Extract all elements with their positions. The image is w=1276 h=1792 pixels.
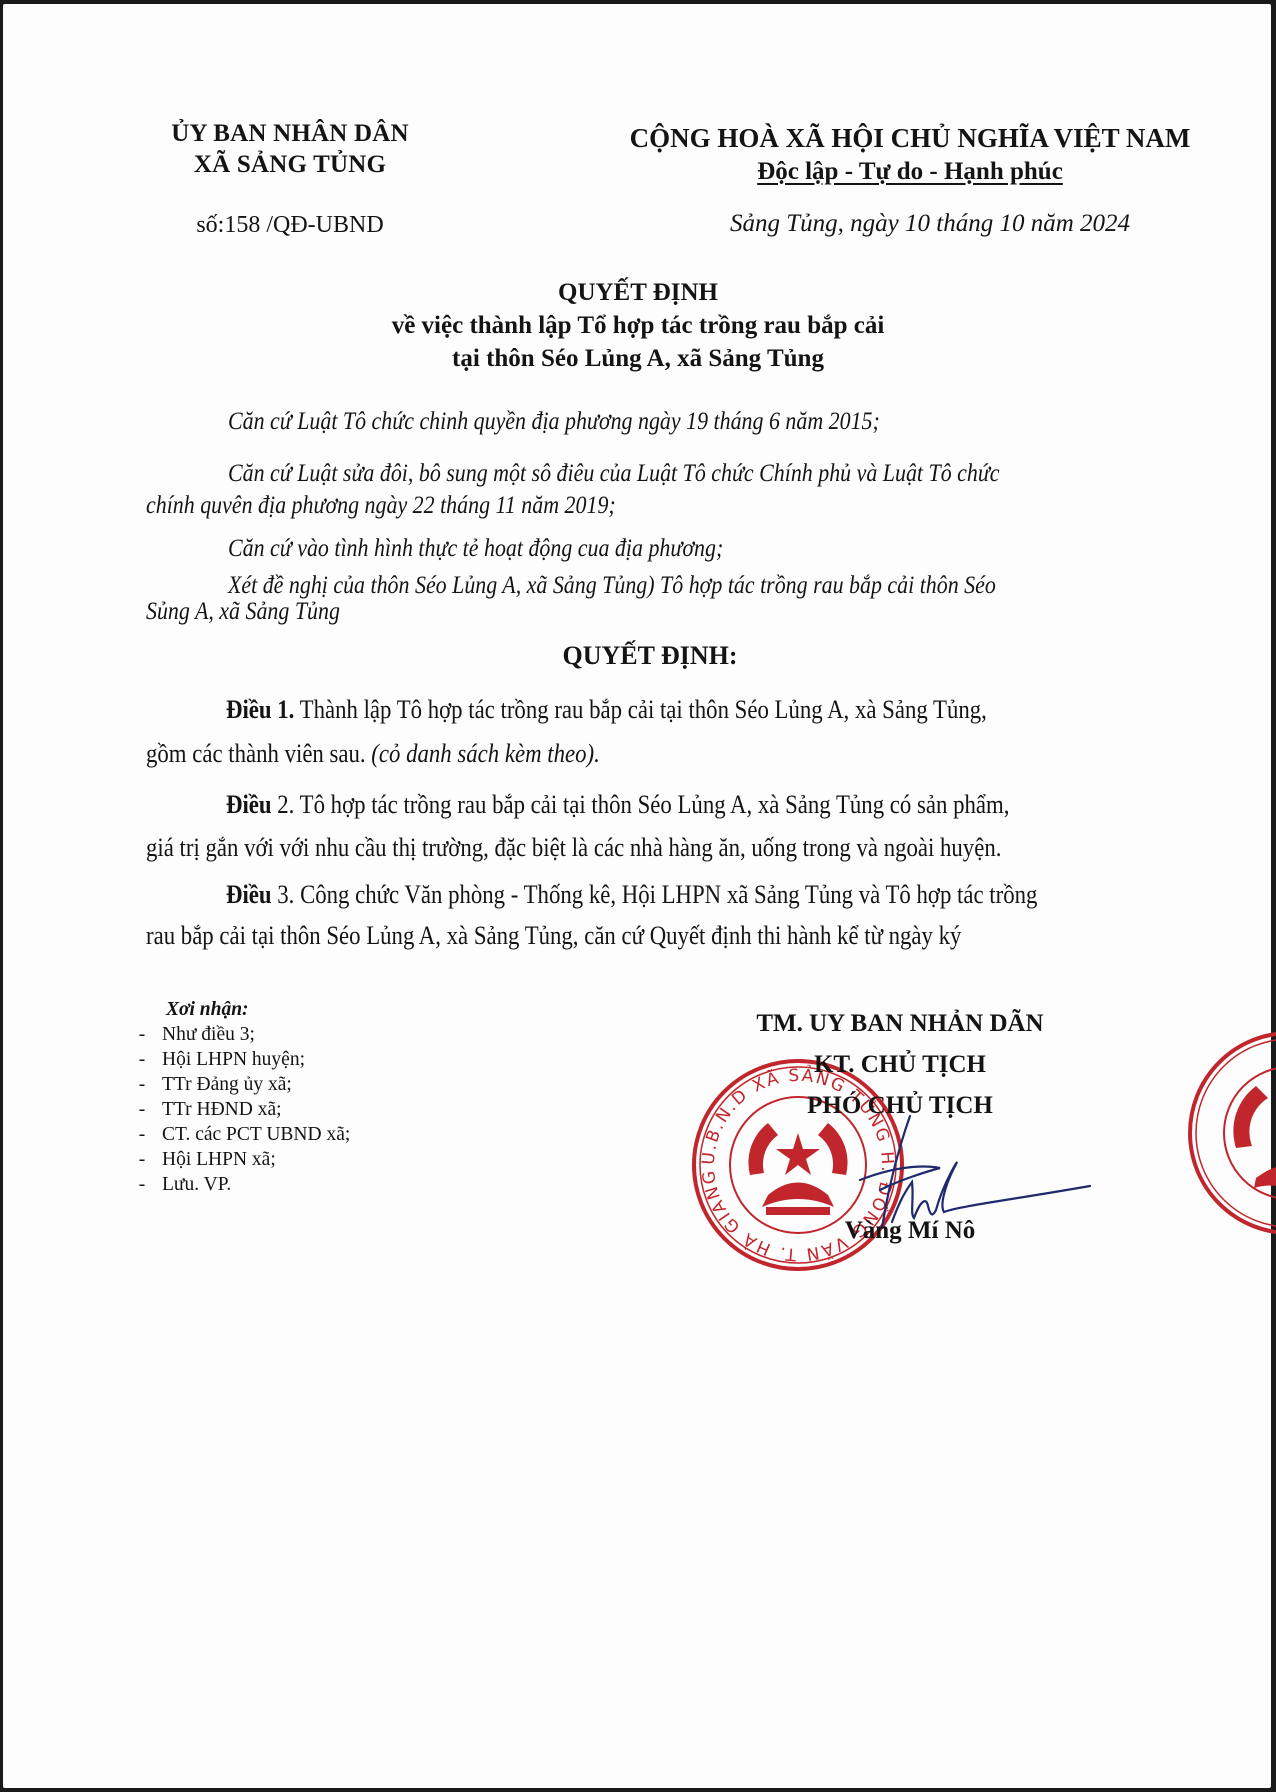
preamble-line: Sủng A, xã Sảng Tủng [146,594,340,627]
bullet-dash: - [136,1022,148,1047]
recipient-item: -Như điều 3; [140,1022,350,1047]
article-1-line1: Điều 1. Thành lập Tô hợp tác trồng rau b… [226,689,987,729]
recipients-title: Xơi nhận: [140,997,350,1022]
decision-heading: QUYẾT ĐỊNH: [500,641,800,671]
article-label: Điều [226,789,272,819]
signature-block: TM. UY BAN NHẢN DÃN KT. CHỦ TỊCH PHÓ CHỦ… [720,1003,1080,1126]
signature-line2: KT. CHỦ TỊCH [720,1044,1080,1085]
preamble-line: Căn cứ Luật sửa đôi, bô sung một sô điêu… [228,456,1000,489]
recipient-text: TTr Đảng ủy xã; [162,1074,292,1095]
issuing-organization: ỦY BAN NHÂN DÂN XÃ SẢNG TỦNG [140,118,440,180]
nation-name: CỘNG HOÀ XÃ HỘI CHỦ NGHĨA VIỆT NAM [580,122,1240,155]
bullet-dash: - [136,1072,148,1097]
bullet-dash: - [136,1147,148,1172]
org-name-line2: XÃ SẢNG TỦNG [140,149,440,180]
preamble-line: chính quvên địa phương ngày 22 tháng 11 … [146,488,616,521]
recipient-text: CT. các PCT UBND xã; [162,1124,350,1145]
document-number: số:158 /QĐ-UBND [140,212,440,239]
recipient-item: -TTr HĐND xã; [140,1097,350,1122]
signature-line1: TM. UY BAN NHẢN DÃN [720,1003,1080,1044]
preamble-line: Căn cứ vào tình hình thực tẻ hoạt động c… [228,531,723,564]
document-title: QUYẾT ĐỊNH về việc thành lập Tổ hợp tác … [240,276,1036,375]
recipient-item: -Hội LHPN huyện; [140,1047,350,1072]
bullet-dash: - [136,1172,148,1197]
article-label: Điều [226,879,272,909]
recipient-item: -TTr Đảng ủy xã; [140,1072,350,1097]
recipient-item: -CT. các PCT UBND xã; [140,1122,350,1147]
title-line2: về việc thành lập Tổ hợp tác trồng rau b… [240,309,1036,342]
signer-name: Vàng Mí Nô [780,1217,1040,1245]
bullet-dash: - [136,1097,148,1122]
article-3-line2: rau bắp cải tại thôn Séo Lủng A, xà Sảng… [146,915,961,955]
recipient-item: -Lưu. VP. [140,1172,350,1197]
recipient-text: TTr HĐND xã; [162,1099,282,1120]
recipient-text: Hội LHPN xã; [162,1149,276,1170]
article-2-line1: Điều 2. Tô hợp tác trồng rau bắp cải tại… [226,784,1009,824]
national-motto: Độc lập - Tự do - Hạnh phúc [580,155,1240,188]
title-line1: QUYẾT ĐỊNH [240,276,1036,309]
article-3-line1: Điều 3. Công chức Văn phòng - Thống kê, … [226,874,1037,914]
recipients-list: Xơi nhận: -Như điều 3;-Hội LHPN huyện;-T… [140,997,350,1197]
title-line3: tại thôn Séo Lủng A, xã Sảng Tủng [240,342,1036,375]
preamble-line: Xét đề nghị của thôn Séo Lủng A, xã Sảng… [228,568,996,601]
official-seal-stamp-partial [1186,1028,1276,1238]
national-header: CỘNG HOÀ XÃ HỘI CHỦ NGHĨA VIỆT NAM Độc l… [580,122,1240,188]
bullet-dash: - [136,1047,148,1072]
bullet-dash: - [136,1122,148,1147]
org-name-line1: ỦY BAN NHÂN DÂN [140,118,440,149]
article-2-line2: giá trị gắn với với nhu cầu thị trường, … [146,827,1001,867]
place-date: Sảng Tủng, ngày 10 tháng 10 năm 2024 [620,210,1240,238]
preamble-line: Căn cứ Luật Tô chức chinh quyền địa phươ… [228,404,880,437]
recipient-text: Hội LHPN huyện; [162,1049,305,1070]
recipient-text: Như điều 3; [162,1024,255,1045]
article-1-line2: gồm các thành viên sau. (cỏ danh sách kè… [146,733,600,773]
recipient-text: Lưu. VP. [162,1174,231,1195]
recipient-item: -Hội LHPN xã; [140,1147,350,1172]
article-label: Điều 1. [226,694,294,724]
